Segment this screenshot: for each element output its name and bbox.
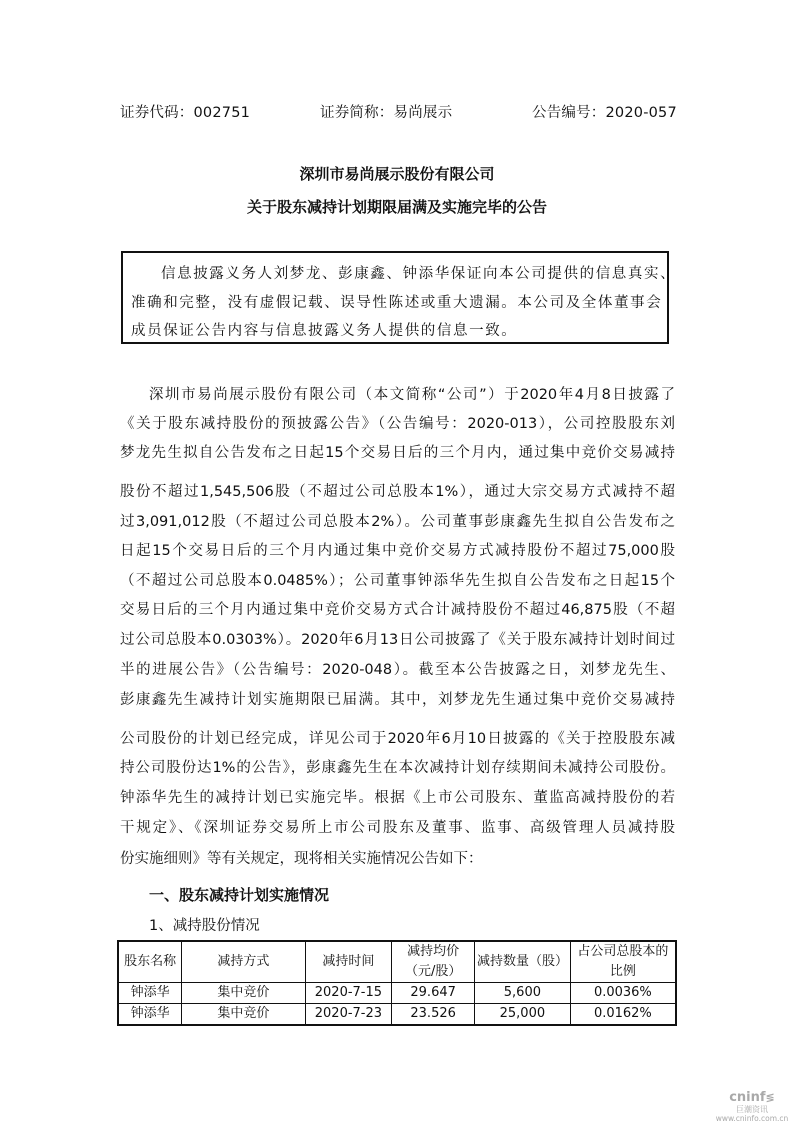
table-row: 钟添华 集中竞价 2020-7-23 23.526 25,000 0.0162%: [118, 1004, 676, 1026]
body-line: 半的进展公告》（公告编号：2020-048）。截至本公告披露之日，刘梦龙先生、: [120, 658, 675, 679]
notice-line: 信息披露义务人刘梦龙、彭康鑫、钟添华保证向本公司提供的信息真实、: [161, 262, 676, 283]
disclosure-notice-box: 信息披露义务人刘梦龙、彭康鑫、钟添华保证向本公司提供的信息真实、 准确和完整，没…: [121, 251, 669, 344]
header-reduction-date: 减持时间: [305, 941, 392, 983]
share-reduction-table: 股东名称 减持方式 减持时间 减持均价（元/股） 减持数量（股） 占公司总股本的…: [117, 940, 677, 1026]
cell-date: 2020-7-23: [305, 1004, 392, 1026]
notice-line: 成员保证公告内容与信息披露义务人提供的信息一致。: [131, 319, 517, 340]
header-shareholder-name: 股东名称: [118, 941, 182, 983]
body-line: 过3,091,012股（不超过公司总股本2%）。公司董事彭康鑫先生拟自公告发布之: [120, 510, 675, 531]
cell-date: 2020-7-15: [305, 983, 392, 1004]
header-average-price: 减持均价（元/股）: [392, 941, 475, 983]
body-line: 过公司总股本0.0303%）。2020年6月13日公司披露了《关于股东减持计划时…: [120, 628, 675, 649]
body-line: 梦龙先生拟自公告发布之日起15个交易日后的三个月内，通过集中竞价交易减持: [120, 441, 675, 462]
cell-quantity: 5,600: [475, 983, 571, 1004]
body-line: 深圳市易尚展示股份有限公司（本文简称“公司”）于2020年4月8日披露了: [149, 383, 675, 404]
cell-method: 集中竞价: [182, 983, 305, 1004]
cell-shareholder: 钟添华: [118, 983, 182, 1004]
company-title: 深圳市易尚展示股份有限公司: [0, 163, 794, 184]
body-line: 彭康鑫先生减持计划实施期限已届满。其中，刘梦龙先生通过集中竞价交易减持: [120, 688, 675, 709]
notice-line: 准确和完整，没有虚假记载、误导性陈述或重大遗漏。本公司及全体董事会: [131, 291, 662, 312]
subsection-heading: 1、减持股份情况: [149, 914, 260, 935]
cell-shareholder: 钟添华: [118, 1004, 182, 1026]
body-line: 钟添华先生的减持计划已实施完毕。根据《上市公司股东、董监高减持股份的若: [120, 786, 675, 807]
stock-short-name: 证券简称：易尚展示: [320, 101, 452, 122]
section-heading: 一、股东减持计划实施情况: [149, 884, 329, 905]
cell-quantity: 25,000: [475, 1004, 571, 1026]
cell-method: 集中竞价: [182, 1004, 305, 1026]
cninfo-logo-icon: cninf≶: [712, 1090, 792, 1105]
body-line: 公司股份的计划已经完成，详见公司于2020年6月10日披露的《关于控股股东减: [120, 727, 675, 748]
header-quantity: 减持数量（股）: [475, 941, 571, 983]
cell-ratio: 0.0036%: [570, 983, 676, 1004]
table-row: 钟添华 集中竞价 2020-7-15 29.647 5,600 0.0036%: [118, 983, 676, 1004]
body-line: （不超过公司总股本0.0485%）；公司董事钟添华先生拟自公告发布之日起15个: [120, 569, 675, 590]
cninfo-watermark: cninf≶ 巨潮资讯 www.cninfo.com.cn: [712, 1090, 792, 1123]
stock-code: 证券代码：002751: [120, 101, 250, 122]
body-line: 交易日后的三个月内通过集中竞价交易方式合计减持股份不超过46,875股（不超: [120, 598, 675, 619]
header-reduction-method: 减持方式: [182, 941, 305, 983]
header-ratio: 占公司总股本的比例: [570, 941, 676, 983]
cell-price: 29.647: [392, 983, 475, 1004]
body-line: 持公司股份达1%的公告》，彭康鑫先生在本次减持计划存续期间未减持公司股份。: [120, 756, 675, 777]
cell-ratio: 0.0162%: [570, 1004, 676, 1026]
cell-price: 23.526: [392, 1004, 475, 1026]
announcement-number: 公告编号：2020-057: [532, 101, 677, 122]
cninfo-url: www.cninfo.com.cn: [712, 1114, 792, 1123]
body-line: 干规定》、《深圳证券交易所上市公司股东及董事、监事、高级管理人员减持股: [120, 816, 675, 837]
body-line: 份实施细则》等有关规定，现将相关实施情况公告如下：: [120, 847, 675, 868]
announcement-title: 关于股东减持计划期限届满及实施完毕的公告: [0, 196, 794, 217]
body-line: 《关于股东减持股份的预披露公告》（公告编号：2020-013），公司控股股东刘: [120, 412, 675, 433]
cninfo-cn-name: 巨潮资讯: [712, 1105, 792, 1114]
table-header-row: 股东名称 减持方式 减持时间 减持均价（元/股） 减持数量（股） 占公司总股本的…: [118, 941, 676, 983]
body-line: 日起15个交易日后的三个月内通过集中竞价交易方式减持股份不超过75,000股: [120, 539, 675, 560]
body-line: 股份不超过1,545,506股（不超过公司总股本1%），通过大宗交易方式减持不超: [120, 480, 675, 501]
